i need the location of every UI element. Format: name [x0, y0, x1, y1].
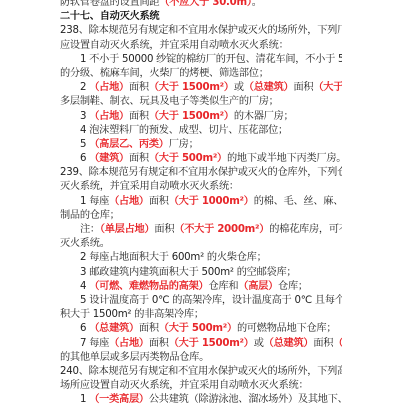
- text-segment: 3: [80, 111, 89, 122]
- text-line: 2 每座占地面积大于 600m² 的火柴仓库；: [60, 251, 342, 265]
- text-line: 的分级、梳麻车间，火柴厂的烤梗、筛选部位；: [60, 67, 342, 81]
- text-segment: 的棉、毛、丝、麻、化纤、毛皮及其: [254, 196, 342, 207]
- text-segment: 灭火系统。: [60, 238, 110, 249]
- section-heading: 二十七、自动灭火系统: [60, 10, 342, 24]
- text-segment: 厂房；: [169, 139, 199, 150]
- text-segment: 2: [80, 82, 89, 93]
- text-line: 1 每座（占地）面积（大于 1000m²）的棉、毛、丝、麻、化纤、毛皮及其: [60, 195, 342, 209]
- text-segment: 239、除本规范另有规定和不宜用水保护或灭火的仓库外，下列仓库应设置自动: [60, 167, 342, 178]
- highlighted-text: （大于 1000m²）: [169, 196, 254, 207]
- text-segment: 应设置自动灭火系统，并宜采用自动喷水灭火系统：: [60, 40, 289, 51]
- text-segment: 6: [80, 153, 89, 164]
- text-line: 防软管卷盘的设置间距（不应大于 30.0m）。: [60, 0, 342, 10]
- text-segment: 5: [80, 139, 89, 150]
- highlighted-text: （大于 1500m²）: [149, 111, 234, 122]
- text-line: 5 设计温度高于 0℃ 的高架冷库，设计温度高于 0℃ 且每个防火分区建筑面: [60, 294, 342, 300]
- text-line: 238、除本规范另有规定和不宜用水保护或灭火的场所外，下列厂房或生产部位: [60, 24, 342, 38]
- text-segment: 多层制鞋、制衣、玩具及电子等类似生产的厂房；: [60, 96, 279, 107]
- highlighted-text: （占地）: [89, 111, 129, 122]
- text-line: 灭火系统，并宜采用自动喷水灭火系统：: [60, 180, 342, 194]
- text-segment: 面积: [129, 82, 149, 93]
- text-segment: 二十七、自动灭火系统: [60, 11, 159, 22]
- text-segment: 的棉花库房，可不设置自动喷水: [269, 224, 342, 235]
- highlighted-text: （可燃、难燃物品的高架）: [89, 281, 208, 292]
- text-line: 3 邮政建筑内建筑面积大于 500m² 的空邮袋库；: [60, 266, 342, 280]
- document-page: 防软管卷盘的设置间距（不应大于 30.0m）。二十七、自动灭火系统238、除本规…: [60, 0, 342, 300]
- text-segment: 的地下或半地下丙类厂房。: [227, 153, 342, 164]
- highlighted-text: （高层）: [238, 281, 278, 292]
- highlighted-text: （单层占地）: [100, 224, 155, 235]
- text-segment: 4 泡沫塑料厂的预发、成型、切片、压花部位；: [80, 125, 288, 136]
- text-segment: 1 每座: [80, 196, 109, 207]
- text-line: 应设置自动灭火系统，并宜采用自动喷水灭火系统：: [60, 39, 342, 53]
- text-line: 4 泡沫塑料厂的预发、成型、切片、压花部位；: [60, 124, 342, 138]
- text-line: 4 （可燃、难燃物品的高架）仓库和（高层）仓库；: [60, 280, 342, 294]
- text-line: 多层制鞋、制衣、玩具及电子等类似生产的厂房；: [60, 95, 342, 109]
- text-segment: 面积: [293, 82, 313, 93]
- text-segment: 防软管卷盘的设置间距: [60, 0, 159, 8]
- text-segment: 或: [234, 82, 244, 93]
- text-segment: 仓库和: [208, 281, 238, 292]
- text-segment: 1 不小于 50000 纱锭的棉纺厂的开包、清花车间，不小于 5000 锭的麻纺…: [80, 54, 342, 65]
- text-segment: 制品的仓库；: [60, 210, 120, 221]
- text-line: 2 （占地）面积（大于 1500m²）或（总建筑）面积（大于 3000m²）的单…: [60, 81, 342, 95]
- text-segment: 面积: [129, 153, 149, 164]
- text-segment: 注：: [80, 224, 100, 235]
- highlighted-text: （不大于 2000m²）: [174, 224, 269, 235]
- text-line: 灭火系统。: [60, 237, 342, 251]
- text-segment: 仓库；: [278, 281, 308, 292]
- text-segment: 4: [80, 281, 89, 292]
- text-line: 注：（单层占地）面积（不大于 2000m²）的棉花库房，可不设置自动喷水: [60, 223, 342, 237]
- highlighted-text: （大于 500m²）: [149, 153, 227, 164]
- highlighted-text: （大于 1500m²）: [149, 82, 234, 93]
- text-line: 3 （占地）面积（大于 1500m²）的木器厂房；: [60, 110, 342, 124]
- text-line: 制品的仓库；: [60, 209, 342, 223]
- text-line: 5 （高层乙、丙类）厂房；: [60, 138, 342, 152]
- text-segment: 灭火系统，并宜采用自动喷水灭火系统：: [60, 181, 239, 192]
- text-segment: 2 每座占地面积大于 600m² 的火柴仓库；: [80, 252, 267, 263]
- text-segment: 面积: [129, 111, 149, 122]
- text-segment: 面积: [154, 224, 174, 235]
- highlighted-text: （建筑）: [89, 153, 129, 164]
- text-segment: 。: [252, 0, 262, 8]
- highlighted-text: （不应大于 30.0m）: [159, 0, 251, 8]
- text-line: 6 （建筑）面积（大于 500m²）的地下或半地下丙类厂房。: [60, 152, 342, 166]
- highlighted-text: （占地）: [109, 196, 149, 207]
- highlighted-text: （占地）: [89, 82, 129, 93]
- text-segment: 238、除本规范另有规定和不宜用水保护或灭火的场所外，下列厂房或生产部位: [60, 25, 342, 36]
- highlighted-text: （大于 3000m²）: [313, 82, 342, 93]
- text-line: 1 不小于 50000 纱锭的棉纺厂的开包、清花车间，不小于 5000 锭的麻纺…: [60, 53, 342, 67]
- text-segment: 的木器厂房；: [234, 111, 294, 122]
- text-line: 239、除本规范另有规定和不宜用水保护或灭火的仓库外，下列仓库应设置自动: [60, 166, 342, 180]
- highlighted-text: （高层乙、丙类）: [89, 139, 169, 150]
- text-segment: 的分级、梳麻车间，火柴厂的烤梗、筛选部位；: [60, 68, 269, 79]
- text-segment: 面积: [149, 196, 169, 207]
- text-segment: 3 邮政建筑内建筑面积大于 500m² 的空邮袋库；: [80, 267, 296, 278]
- highlighted-text: （总建筑）: [244, 82, 294, 93]
- text-segment: 5 设计温度高于 0℃ 的高架冷库，设计温度高于 0℃ 且每个防火分区建筑面: [80, 295, 342, 300]
